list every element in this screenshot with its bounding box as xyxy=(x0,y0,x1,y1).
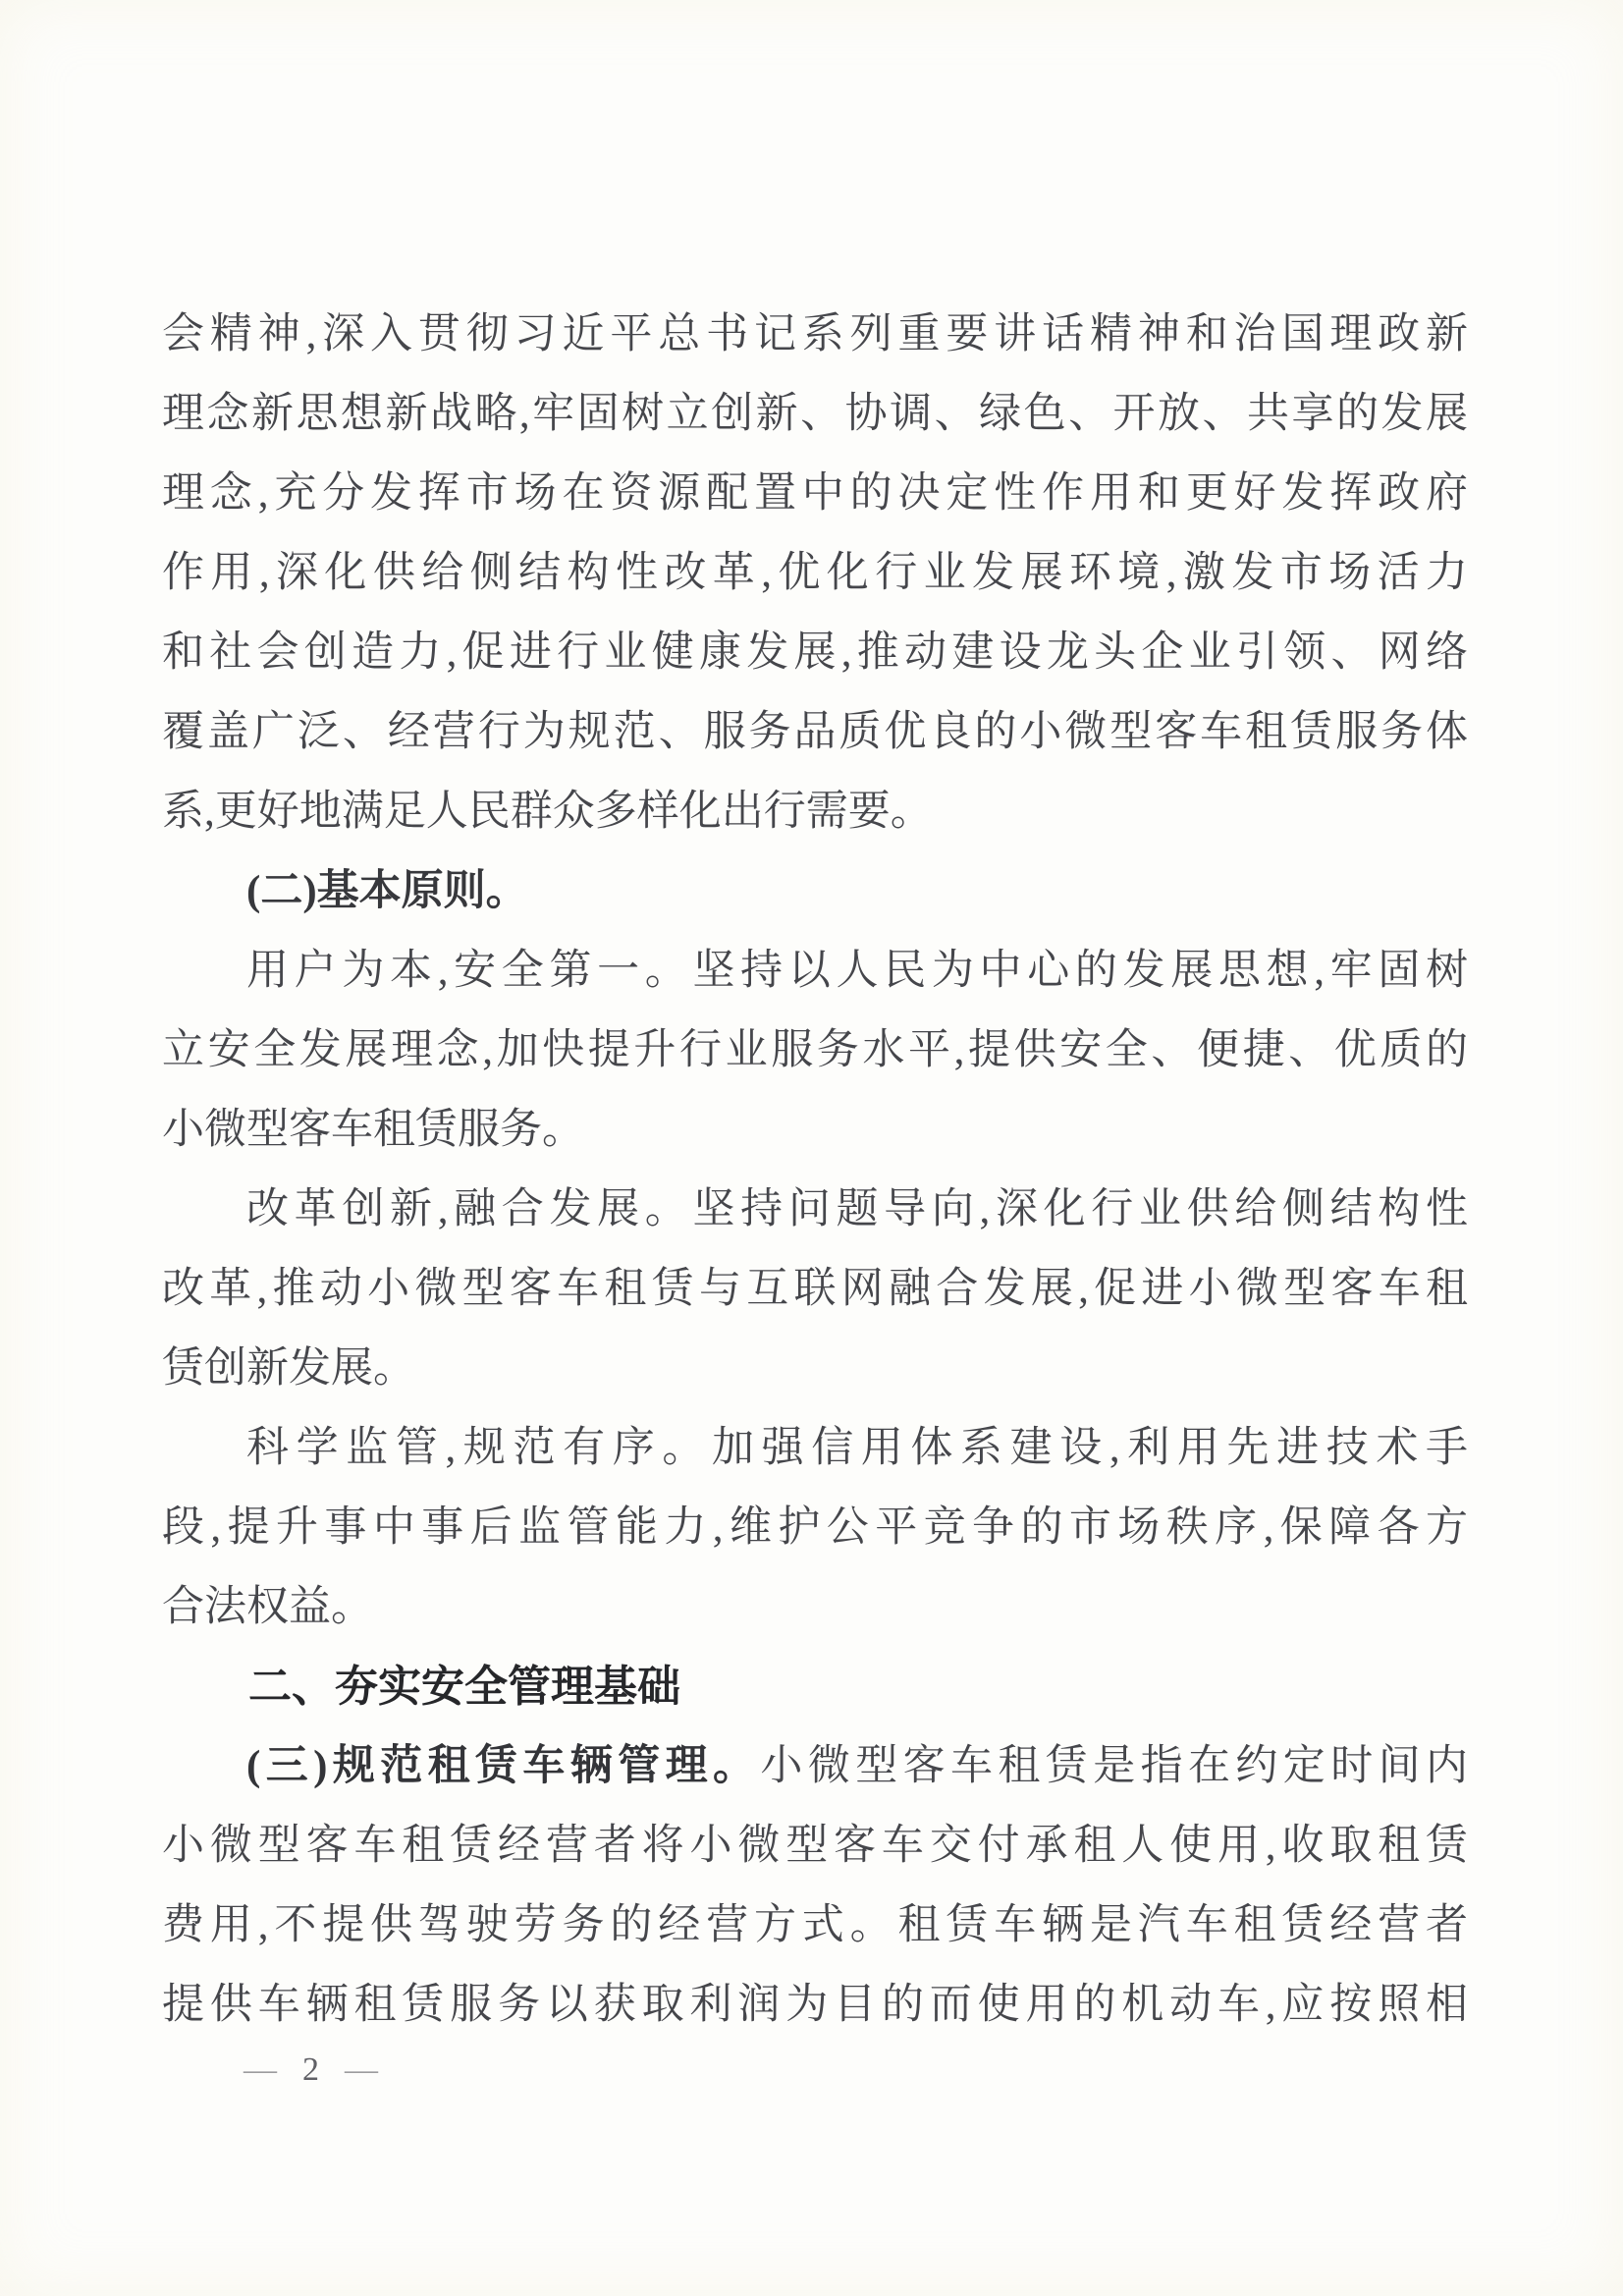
text-line: 小微型客车租赁经营者将小微型客车交付承租人使用,收取租赁 xyxy=(162,1806,1468,1886)
text-line: 合法权益。 xyxy=(162,1567,1468,1647)
text-line: 科学监管,规范有序。加强信用体系建设,利用先进技术手 xyxy=(162,1408,1468,1488)
text-line: 用户为本,安全第一。坚持以人民为中心的发展思想,牢固树 xyxy=(162,931,1468,1011)
text-line: 段,提升事中事后监管能力,维护公平竞争的市场秩序,保障各方 xyxy=(162,1488,1468,1567)
page-footer: —2— xyxy=(243,2049,378,2092)
text-line: 理念,充分发挥市场在资源配置中的决定性作用和更好发挥政府 xyxy=(162,454,1468,533)
text-line: 小微型客车租赁服务。 xyxy=(162,1090,1468,1170)
page-number: 2 xyxy=(302,2051,319,2088)
text-line: (三)规范租赁车辆管理。小微型客车租赁是指在约定时间内 xyxy=(162,1726,1468,1806)
text-line: 理念新思想新战略,牢固树立创新、协调、绿色、开放、共享的发展 xyxy=(162,374,1468,454)
footer-dash-right: — xyxy=(345,2051,378,2088)
text-line: 改革,推动小微型客车租赁与互联网融合发展,促进小微型客车租 xyxy=(162,1249,1468,1329)
section-heading: 二、夯实安全管理基础 xyxy=(162,1647,1468,1726)
text-line: 覆盖广泛、经营行为规范、服务品质优良的小微型客车租赁服务体 xyxy=(162,692,1468,772)
clause-heading: (三)规范租赁车辆管理。 xyxy=(246,1743,760,1789)
text-line: 和社会创造力,促进行业健康发展,推动建设龙头企业引领、网络 xyxy=(162,613,1468,692)
text-line: 会精神,深入贯彻习近平总书记系列重要讲话精神和治国理政新 xyxy=(162,295,1468,374)
text-line: 改革创新,融合发展。坚持问题导向,深化行业供给侧结构性 xyxy=(162,1170,1468,1249)
text-line: 赁创新发展。 xyxy=(162,1329,1468,1408)
text-line: 提供车辆租赁服务以获取利润为目的而使用的机动车,应按照相 xyxy=(162,1965,1468,2045)
text-line: 立安全发展理念,加快提升行业服务水平,提供安全、便捷、优质的 xyxy=(162,1011,1468,1090)
text-line: 系,更好地满足人民群众多样化出行需要。 xyxy=(162,772,1468,851)
text-line: 作用,深化供给侧结构性改革,优化行业发展环境,激发市场活力 xyxy=(162,533,1468,613)
document-page: 会精神,深入贯彻习近平总书记系列重要讲话精神和治国理政新理念新思想新战略,牢固树… xyxy=(0,0,1623,2296)
clause-heading-line: (二)基本原则。 xyxy=(162,851,1468,931)
text-block: 会精神,深入贯彻习近平总书记系列重要讲话精神和治国理政新理念新思想新战略,牢固树… xyxy=(162,295,1468,2045)
text-line: 费用,不提供驾驶劳务的经营方式。租赁车辆是汽车租赁经营者 xyxy=(162,1886,1468,1965)
footer-dash-left: — xyxy=(243,2051,277,2088)
